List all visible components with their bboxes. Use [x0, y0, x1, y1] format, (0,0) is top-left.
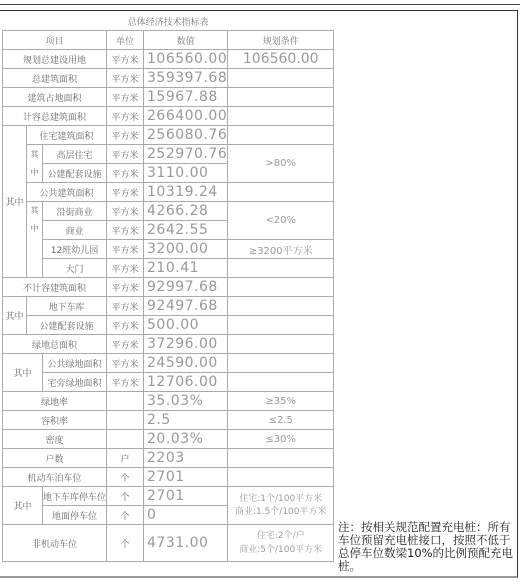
- row-plan: ≥35%: [228, 392, 334, 411]
- row-value: 2701: [144, 487, 228, 506]
- row-unit: [107, 430, 144, 449]
- row-value: 256080.76: [144, 126, 228, 145]
- row-value: 359397.68: [144, 69, 228, 88]
- row-unit: 平方米: [107, 240, 144, 259]
- row-item: 绿地率: [3, 392, 107, 411]
- row-plan: [228, 449, 334, 468]
- row-item: 住宅建筑面积: [27, 126, 107, 145]
- table-row: 建筑占地面积 平方米 15967.88: [3, 88, 334, 107]
- table-row: 非机动车位 个 4731.00 住宅:2个/户 商业:5个/100平方米: [3, 525, 334, 562]
- row-item: 宅旁绿地面积: [43, 373, 107, 392]
- row-unit: 平方米: [107, 164, 144, 183]
- row-item: 公建配套设施: [43, 164, 107, 183]
- row-unit: 平方米: [107, 354, 144, 373]
- row-value: 0: [144, 506, 228, 525]
- row-plan: [228, 316, 334, 335]
- row-item: 非机动车位: [3, 525, 107, 562]
- row-unit: 平方米: [107, 202, 144, 221]
- table-row: 规划总建设用地 平方米 106560.00 106560.00: [3, 50, 334, 69]
- row-plan: [228, 335, 334, 354]
- group-label: 其中: [3, 487, 43, 525]
- row-plan: [228, 126, 334, 145]
- row-value: 92497.68: [144, 297, 228, 316]
- row-value: 3200.00: [144, 240, 228, 259]
- row-unit: 平方米: [107, 69, 144, 88]
- table-row: 其中 公共绿地面积 平方米 24590.00: [3, 354, 334, 373]
- row-unit: [107, 411, 144, 430]
- row-unit: 平方米: [107, 316, 144, 335]
- row-value: 3110.00: [144, 164, 228, 183]
- row-value: 500.00: [144, 316, 228, 335]
- row-value: 4266.28: [144, 202, 228, 221]
- row-plan: ≤2.5: [228, 411, 334, 430]
- row-plan: >80%: [228, 145, 334, 183]
- table-row: 其中 地下车库停车位 个 2701 住宅:1个/100平方米 商业:1.5个/1…: [3, 487, 334, 506]
- table-row: 不计容建筑面积 平方米 92997.68: [3, 278, 334, 297]
- row-item: 机动车泊车位: [3, 468, 107, 487]
- row-value: 20.03%: [144, 430, 228, 449]
- group-label: 其中: [3, 126, 27, 278]
- table-row: 机动车泊车位 个 2701: [3, 468, 334, 487]
- row-value: 12706.00: [144, 373, 228, 392]
- row-value: 92997.68: [144, 278, 228, 297]
- table-row: 其中 地下车库 平方米 92497.68: [3, 297, 334, 316]
- row-unit: 平方米: [107, 50, 144, 69]
- row-unit: [107, 392, 144, 411]
- row-unit: 平方米: [107, 126, 144, 145]
- row-item: 绿地总面积: [3, 335, 107, 354]
- header-value: 数值: [144, 31, 228, 50]
- row-unit: 个: [107, 487, 144, 506]
- row-item: 密度: [3, 430, 107, 449]
- row-unit: 平方米: [107, 297, 144, 316]
- row-value: 4731.00: [144, 525, 228, 562]
- charging-pile-note: 注：按相关规范配置充电桩：所有车位预留充电桩接口，按照不低于总停车位数梁10%的…: [338, 521, 514, 573]
- row-item: 商业: [43, 221, 107, 240]
- header-item: 项目: [3, 31, 107, 50]
- row-plan: [228, 107, 334, 126]
- row-item: 12班幼儿园: [43, 240, 107, 259]
- row-plan: ≤30%: [228, 430, 334, 449]
- row-value: 2642.55: [144, 221, 228, 240]
- row-value: 2.5: [144, 411, 228, 430]
- row-unit: 平方米: [107, 107, 144, 126]
- row-item: 高层住宅: [43, 145, 107, 164]
- row-item: 规划总建设用地: [3, 50, 107, 69]
- header-plan: 规划条件: [228, 31, 334, 50]
- plan-line: 住宅:2个/户: [228, 529, 333, 543]
- table-row: 宅旁绿地面积 平方米 12706.00: [3, 373, 334, 392]
- row-item: 公共建筑面积: [27, 183, 107, 202]
- row-plan: [228, 297, 334, 316]
- row-item: 公共绿地面积: [43, 354, 107, 373]
- row-plan: 住宅:1个/100平方米 商业:1.5个/100平方米: [228, 487, 334, 525]
- row-unit: 户: [107, 449, 144, 468]
- table-row: 12班幼儿园 平方米 3200.00 ≥3200平方米: [3, 240, 334, 259]
- row-value: 2701: [144, 468, 228, 487]
- row-unit: 平方米: [107, 183, 144, 202]
- row-unit: 个: [107, 468, 144, 487]
- row-item: 户数: [3, 449, 107, 468]
- row-value: 15967.88: [144, 88, 228, 107]
- row-item: 建筑占地面积: [3, 88, 107, 107]
- row-item: 地下车库: [27, 297, 107, 316]
- row-item: 地面停车位: [43, 506, 107, 525]
- row-plan: [228, 354, 334, 373]
- row-plan: [228, 278, 334, 297]
- table-row: 其中 住宅建筑面积 平方米 256080.76: [3, 126, 334, 145]
- row-unit: 平方米: [107, 259, 144, 278]
- row-plan: ≥3200平方米: [228, 240, 334, 259]
- row-value: 2203: [144, 449, 228, 468]
- row-plan: [228, 69, 334, 88]
- table-row: 其中 沿街商业 平方米 4266.28 <20%: [3, 202, 334, 221]
- header-unit: 单位: [107, 31, 144, 50]
- economic-indicators-table: 总体经济技术指标表 项目 单位 数值 规划条件 规划总建设用地 平方米 1065…: [2, 12, 334, 562]
- row-value: 10319.24: [144, 183, 228, 202]
- row-plan: [228, 259, 334, 278]
- table-row: 绿地率 35.03% ≥35%: [3, 392, 334, 411]
- table-row: 其中 高层住宅 平方米 252970.76 >80%: [3, 145, 334, 164]
- table-row: 户数 户 2203: [3, 449, 334, 468]
- table-row: 绿地总面积 平方米 37296.00: [3, 335, 334, 354]
- row-value: 37296.00: [144, 335, 228, 354]
- row-plan: 106560.00: [228, 50, 334, 69]
- row-item: 计容总建筑面积: [3, 107, 107, 126]
- plan-line: 商业:1.5个/100平方米: [228, 506, 333, 519]
- row-item: 大门: [43, 259, 107, 278]
- table-row: 总建筑面积 平方米 359397.68: [3, 69, 334, 88]
- row-item: 公建配套设施: [27, 316, 107, 335]
- row-plan: [228, 88, 334, 107]
- row-unit: 平方米: [107, 373, 144, 392]
- group-label: 其中: [3, 354, 43, 392]
- group-label: 其中: [3, 297, 27, 335]
- row-plan: <20%: [228, 202, 334, 240]
- row-unit: 个: [107, 506, 144, 525]
- row-unit: 平方米: [107, 88, 144, 107]
- row-value: 210.41: [144, 259, 228, 278]
- plan-line: 住宅:1个/100平方米: [228, 493, 333, 506]
- plan-line: 商业:5个/100平方米: [228, 543, 333, 557]
- row-plan: [228, 183, 334, 202]
- table-row: 计容总建筑面积 平方米 266400.00: [3, 107, 334, 126]
- row-value: 252970.76: [144, 145, 228, 164]
- row-value: 266400.00: [144, 107, 228, 126]
- table-row: 密度 20.03% ≤30%: [3, 430, 334, 449]
- row-item: 不计容建筑面积: [3, 278, 107, 297]
- row-unit: 个: [107, 525, 144, 562]
- row-unit: 平方米: [107, 278, 144, 297]
- row-plan: [228, 373, 334, 392]
- row-value: 35.03%: [144, 392, 228, 411]
- subgroup-label: 其中: [27, 202, 43, 278]
- table-row: 大门 平方米 210.41: [3, 259, 334, 278]
- row-item: 地下车库停车位: [43, 487, 107, 506]
- table-row: 容积率 2.5 ≤2.5: [3, 411, 334, 430]
- row-item: 容积率: [3, 411, 107, 430]
- row-item: 沿街商业: [43, 202, 107, 221]
- row-unit: 平方米: [107, 221, 144, 240]
- header-row: 项目 单位 数值 规划条件: [3, 31, 334, 50]
- table-row: 公建配套设施 平方米 500.00: [3, 316, 334, 335]
- table-title: 总体经济技术指标表: [3, 12, 334, 31]
- top-rule: [0, 4, 520, 5]
- row-value: 106560.00: [144, 50, 228, 69]
- subgroup-label: 其中: [27, 145, 43, 183]
- table-row: 公共建筑面积 平方米 10319.24: [3, 183, 334, 202]
- row-unit: 平方米: [107, 145, 144, 164]
- row-unit: 平方米: [107, 335, 144, 354]
- row-item: 总建筑面积: [3, 69, 107, 88]
- row-plan: 住宅:2个/户 商业:5个/100平方米: [228, 525, 334, 562]
- row-plan: [228, 468, 334, 487]
- row-value: 24590.00: [144, 354, 228, 373]
